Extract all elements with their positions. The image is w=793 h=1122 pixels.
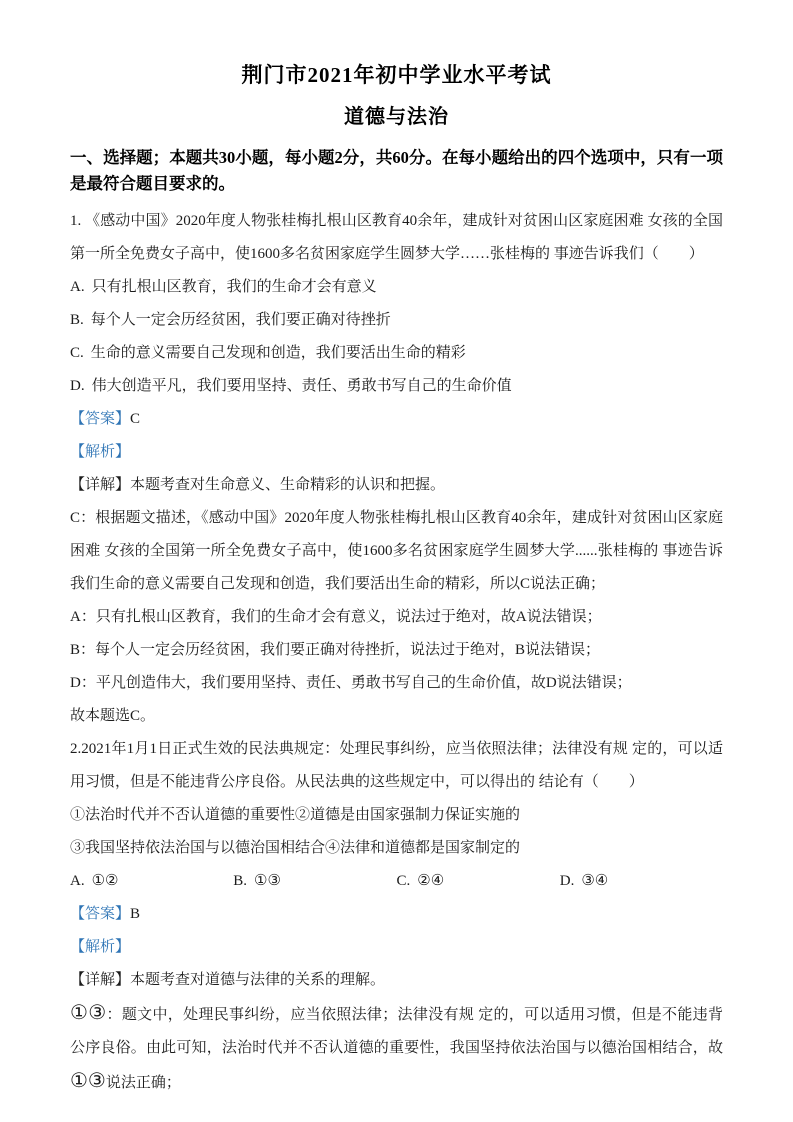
- option-text: 伟大创造平凡，我们要用坚持、责任、勇敢书写自己的生命价值: [92, 378, 512, 394]
- question-1-detail-b: B：每个人一定会历经贫困，我们要正确对待挫折，说法过于绝对，B说法错误；: [70, 634, 723, 667]
- option-text: ②④: [417, 873, 444, 889]
- option-label: A.: [70, 279, 85, 295]
- question-1-detail-intro: 【详解】本题考查对生命意义、生命精彩的认识和把握。: [70, 469, 723, 502]
- exam-subject: 道德与法治: [70, 103, 723, 131]
- option-label: A.: [70, 873, 85, 889]
- option-text: 每个人一定会历经贫困，我们要正确对待挫折: [91, 312, 391, 328]
- detail-analysis-text: 说法正确；: [106, 1075, 181, 1091]
- question-1-option-c: C.生命的意义需要自己发现和创造，我们要活出生命的精彩: [70, 337, 723, 370]
- question-2-detail-analysis: ①③：题文中，处理民事纠纷，应当依照法律；法律没有规 定的，可以适用习惯，但是不…: [70, 997, 723, 1100]
- option-label: B.: [233, 873, 247, 889]
- question-2-stem: 2.2021年1月1日正式生效的民法典规定：处理民事纠纷，应当依照法律；法律没有…: [70, 733, 723, 799]
- question-2-option-c: C.②④: [397, 865, 560, 898]
- question-2-answer-line: 【答案】B: [70, 898, 723, 931]
- question-1-option-d: D.伟大创造平凡，我们要用坚持、责任、勇敢书写自己的生命价值: [70, 370, 723, 403]
- analysis-label: 【解析】: [70, 444, 130, 460]
- section-intro: 一、选择题；本题共30小题，每小题2分，共60分。在每小题给出的四个选项中，只有…: [70, 145, 723, 197]
- option-text: 只有扎根山区教育，我们的生命才会有意义: [92, 279, 377, 295]
- analysis-label: 【解析】: [70, 939, 130, 955]
- question-1-detail-a: A：只有扎根山区教育，我们的生命才会有意义，说法过于绝对，故A说法错误；: [70, 601, 723, 634]
- question-2-statements-1: ①法治时代并不否认道德的重要性②道德是由国家强制力保证实施的: [70, 799, 723, 832]
- question-1-conclusion: 故本题选C。: [70, 700, 723, 733]
- option-text: ③④: [581, 873, 608, 889]
- question-1-option-a: A.只有扎根山区教育，我们的生命才会有意义: [70, 271, 723, 304]
- circled-numbers: ①③: [70, 1002, 107, 1024]
- detail-analysis-text: ：题文中，处理民事纠纷，应当依照法律；法律没有规 定的，可以适用习惯，但是不能违…: [70, 1007, 723, 1056]
- exam-title: 荆门市2021年初中学业水平考试: [70, 60, 723, 90]
- document-body: 1. 《感动中国》2020年度人物张桂梅扎根山区教育40余年，建成针对贫困山区家…: [70, 205, 723, 1100]
- question-2-option-b: B.①③: [233, 865, 396, 898]
- question-1-analysis-line: 【解析】: [70, 436, 723, 469]
- option-text: ①②: [92, 873, 119, 889]
- detail-intro-text: 本题考查对道德与法律的关系的理解。: [130, 972, 385, 988]
- question-1-answer-line: 【答案】C: [70, 403, 723, 436]
- option-label: B.: [70, 312, 84, 328]
- question-2: 2.2021年1月1日正式生效的民法典规定：处理民事纠纷，应当依照法律；法律没有…: [70, 733, 723, 1100]
- answer-value: C: [130, 411, 140, 427]
- option-label: C.: [70, 345, 84, 361]
- question-1-option-b: B.每个人一定会历经贫困，我们要正确对待挫折: [70, 304, 723, 337]
- option-text: 生命的意义需要自己发现和创造，我们要活出生命的精彩: [91, 345, 466, 361]
- question-1: 1. 《感动中国》2020年度人物张桂梅扎根山区教育40余年，建成针对贫困山区家…: [70, 205, 723, 733]
- option-label: D.: [70, 378, 85, 394]
- option-text: ①③: [254, 873, 281, 889]
- detail-intro-text: 本题考查对生命意义、生命精彩的认识和把握。: [130, 477, 445, 493]
- option-label: C.: [397, 873, 411, 889]
- question-2-statements-2: ③我国坚持依法治国与以德治国相结合④法律和道德都是国家制定的: [70, 832, 723, 865]
- exam-document-page: 荆门市2021年初中学业水平考试 道德与法治 一、选择题；本题共30小题，每小题…: [0, 0, 793, 1122]
- question-2-option-d: D.③④: [560, 865, 723, 898]
- answer-label: 【答案】: [70, 411, 130, 427]
- question-2-analysis-line: 【解析】: [70, 931, 723, 964]
- question-2-options-row: A.①② B.①③ C.②④ D.③④: [70, 865, 723, 898]
- option-label: D.: [560, 873, 575, 889]
- answer-label: 【答案】: [70, 906, 130, 922]
- detail-label: 【详解】: [70, 477, 130, 493]
- question-1-stem: 1. 《感动中国》2020年度人物张桂梅扎根山区教育40余年，建成针对贫困山区家…: [70, 205, 723, 271]
- question-2-detail-intro: 【详解】本题考查对道德与法律的关系的理解。: [70, 964, 723, 997]
- question-2-option-a: A.①②: [70, 865, 233, 898]
- question-1-detail-c: C：根据题文描述，《感动中国》2020年度人物张桂梅扎根山区教育40余年，建成针…: [70, 502, 723, 601]
- answer-value: B: [130, 906, 140, 922]
- circled-numbers: ①③: [70, 1070, 106, 1092]
- detail-label: 【详解】: [70, 972, 130, 988]
- question-1-detail-d: D：平凡创造伟大，我们要用坚持、责任、勇敢书写自己的生命价值，故D说法错误；: [70, 667, 723, 700]
